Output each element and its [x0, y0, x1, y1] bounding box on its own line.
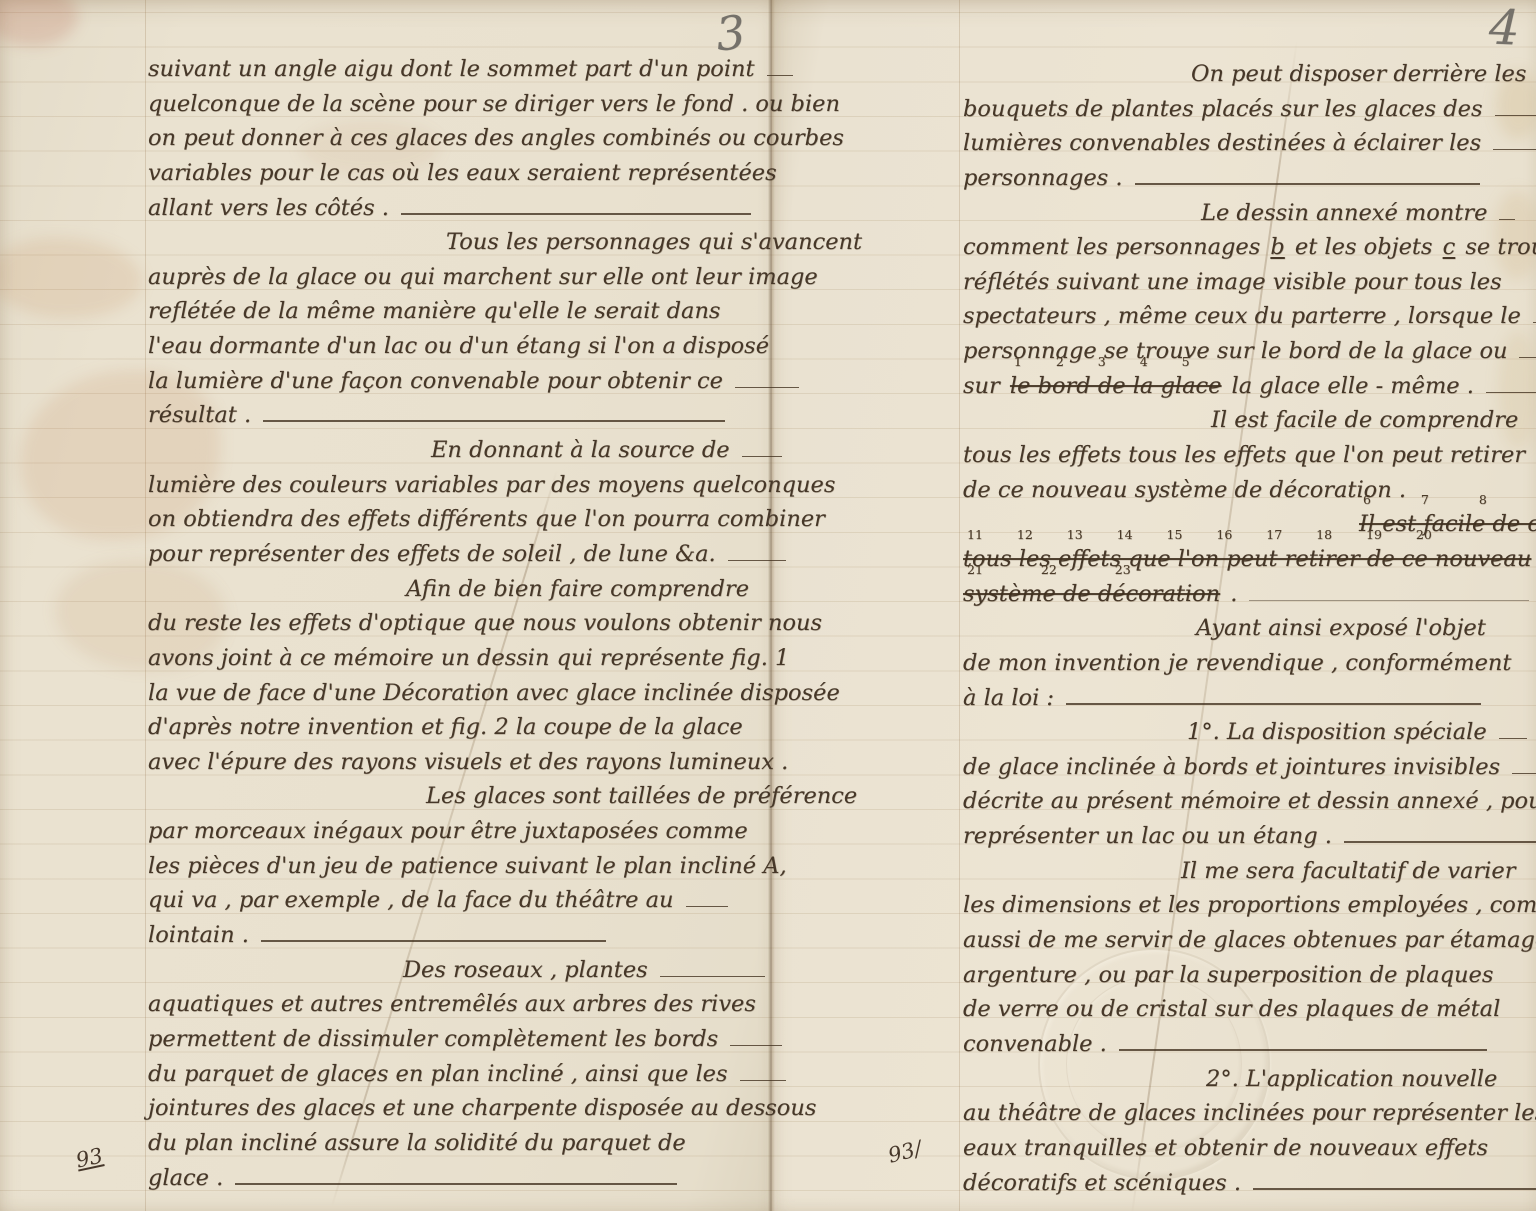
page-4-text: On peut disposer derrière les bouquets d…: [963, 57, 1535, 1200]
manuscript-line: Il est facile de comprendre: [963, 403, 1535, 438]
manuscript-line: 21 22 23système de décoration.: [963, 577, 1535, 612]
manuscript-line: du parquet de glaces en plan incliné , a…: [148, 1057, 770, 1092]
manuscript-line: 2°. L'application nouvelle: [963, 1062, 1535, 1097]
manuscript-line: réflétés suivant une image visible pour …: [963, 265, 1535, 300]
manuscript-line: d'après notre invention et fig. 2 la cou…: [148, 710, 770, 745]
manuscript-line: qui va , par exemple , de la face du thé…: [148, 883, 770, 918]
manuscript-line: par morceaux inégaux pour être juxtaposé…: [148, 814, 770, 849]
manuscript-line: décoratifs et scéniques .: [963, 1166, 1535, 1201]
page-number: 4: [1488, 0, 1520, 57]
manuscript-line: eaux tranquilles et obtenir de nouveaux …: [963, 1131, 1535, 1166]
manuscript-line: l'eau dormante d'un lac ou d'un étang si…: [148, 329, 770, 364]
manuscript-line: bouquets de plantes placés sur les glace…: [963, 92, 1535, 127]
manuscript-spread: { "left": { "page_number": "3", "clerk_m…: [0, 0, 1536, 1211]
manuscript-line: à la loi :: [963, 681, 1535, 716]
manuscript-line: comment les personnagesbet les objetscse…: [963, 230, 1535, 265]
manuscript-line: allant vers les côtés .: [148, 191, 770, 226]
manuscript-line: on peut donner à ces glaces des angles c…: [148, 121, 770, 156]
manuscript-line: pour représenter des effets de soleil , …: [148, 537, 770, 572]
manuscript-line: lumière des couleurs variables par des m…: [148, 468, 770, 503]
manuscript-line: permettent de dissimuler complètement le…: [148, 1022, 770, 1057]
manuscript-line: spectateurs , même ceux du parterre , lo…: [963, 299, 1535, 334]
manuscript-line: aquatiques et autres entremêlés aux arbr…: [148, 987, 770, 1022]
manuscript-line: du plan incliné assure la solidité du pa…: [148, 1126, 770, 1161]
manuscript-line: quelconque de la scène pour se diriger v…: [148, 87, 770, 122]
manuscript-line: convenable .: [963, 1027, 1535, 1062]
manuscript-line: de mon invention je revendique , conform…: [963, 646, 1535, 681]
manuscript-line: Il me sera facultatif de varier: [963, 854, 1535, 889]
margin-rule: [145, 0, 146, 1211]
manuscript-line: représenter un lac ou un étang .: [963, 819, 1535, 854]
manuscript-line: argenture , ou par la superposition de p…: [963, 958, 1535, 993]
manuscript-line: Tous les personnages qui s'avancent: [148, 225, 770, 260]
manuscript-line: 1°. La disposition spéciale: [963, 715, 1535, 750]
manuscript-line: variables pour le cas où les eaux seraie…: [148, 156, 770, 191]
manuscript-line: avons joint à ce mémoire un dessin qui r…: [148, 641, 770, 676]
manuscript-line: Ayant ainsi exposé l'objet: [963, 611, 1535, 646]
manuscript-line: personnages .: [963, 161, 1535, 196]
manuscript-line: Afin de bien faire comprendre: [148, 572, 770, 607]
manuscript-line: On peut disposer derrière les: [963, 57, 1535, 92]
manuscript-line: Des roseaux , plantes: [148, 953, 770, 988]
manuscript-line: lumières convenables destinées à éclaire…: [963, 126, 1535, 161]
manuscript-line: de verre ou de cristal sur des plaques d…: [963, 992, 1535, 1027]
manuscript-line: reflétée de la même manière qu'elle le s…: [148, 294, 770, 329]
manuscript-line: Le dessin annexé montre: [963, 196, 1535, 231]
manuscript-line: avec l'épure des rayons visuels et des r…: [148, 745, 770, 780]
manuscript-line: la vue de face d'une Décoration avec gla…: [148, 676, 770, 711]
manuscript-line: auprès de la glace ou qui marchent sur e…: [148, 260, 770, 295]
manuscript-line: du reste les effets d'optique que nous v…: [148, 606, 770, 641]
manuscript-line: les dimensions et les proportions employ…: [963, 888, 1535, 923]
manuscript-line: résultat .: [148, 398, 770, 433]
manuscript-line: les pièces d'un jeu de patience suivant …: [148, 849, 770, 884]
manuscript-line: aussi de me servir de glaces obtenues pa…: [963, 923, 1535, 958]
manuscript-line: glace .: [148, 1161, 770, 1196]
manuscript-line: décrite au présent mémoire et dessin ann…: [963, 784, 1535, 819]
manuscript-line: En donnant à la source de: [148, 433, 770, 468]
manuscript-line: sur1 2 3 4 5le bord de la glacela glace …: [963, 369, 1535, 404]
manuscript-line: on obtiendra des effets différents que l…: [148, 502, 770, 537]
manuscript-line: lointain .: [148, 918, 770, 953]
manuscript-line: au théâtre de glaces inclinées pour repr…: [963, 1096, 1535, 1131]
margin-rule: [959, 0, 960, 1211]
manuscript-line: Les glaces sont taillées de préférence: [148, 779, 770, 814]
manuscript-line: suivant un angle aigu dont le sommet par…: [148, 52, 770, 87]
page-3-text: suivant un angle aigu dont le sommet par…: [148, 52, 770, 1195]
manuscript-line: de glace inclinée à bords et jointures i…: [963, 750, 1535, 785]
manuscript-line: tous les effets tous les effets que l'on…: [963, 438, 1535, 473]
manuscript-line: la lumière d'une façon convenable pour o…: [148, 364, 770, 399]
manuscript-line: jointures des glaces et une charpente di…: [148, 1091, 770, 1126]
